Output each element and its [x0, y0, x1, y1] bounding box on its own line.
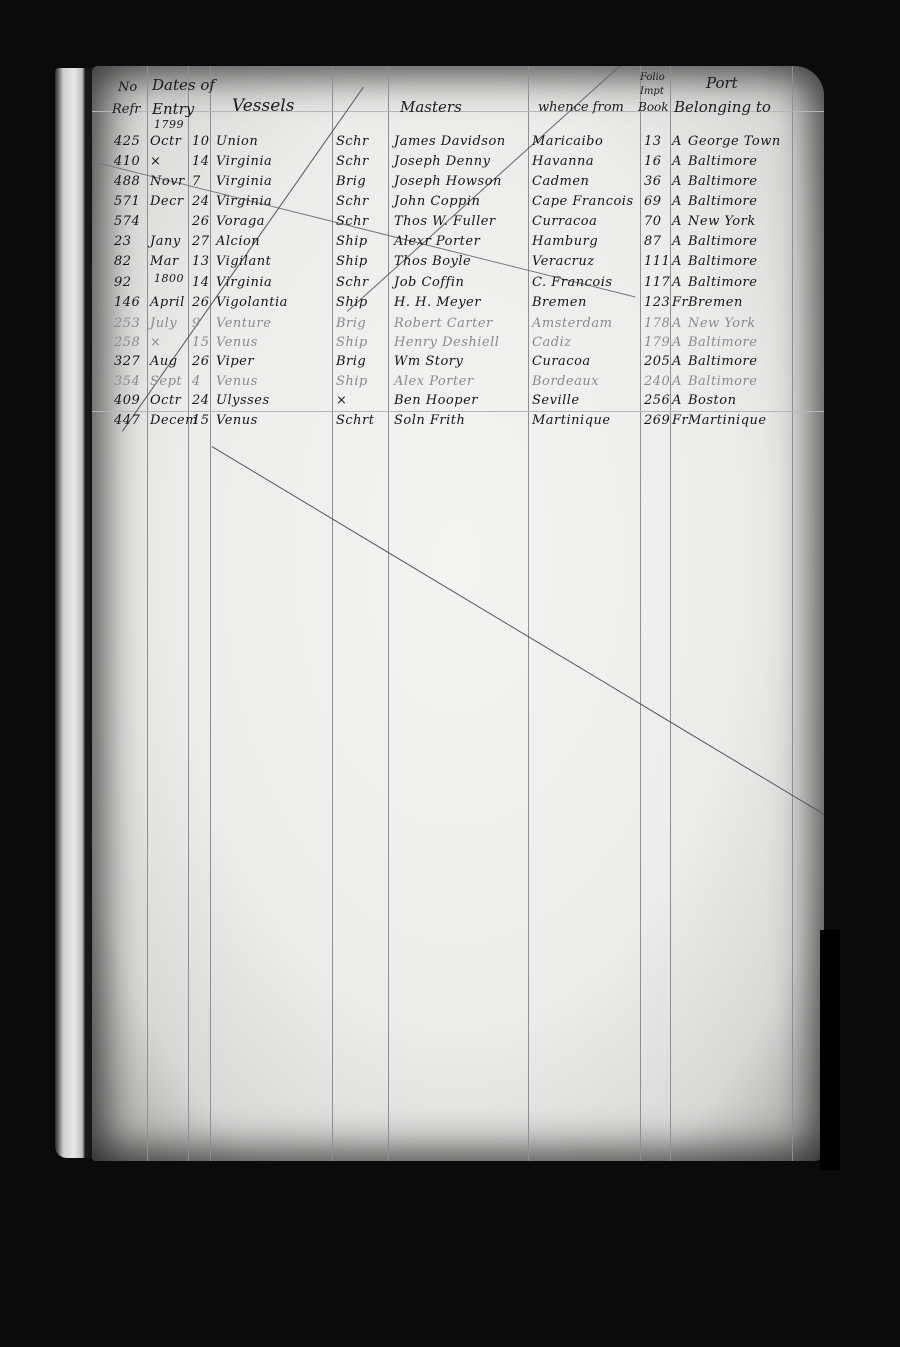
cell-rig: Schr — [336, 214, 369, 229]
cell-day: 24 — [192, 393, 210, 408]
cell-day: 14 — [192, 275, 210, 290]
cell-number: 258 — [114, 335, 140, 350]
cell-number: 409 — [114, 393, 140, 408]
year-mark-1800: 1800 — [154, 272, 184, 285]
cell-month: Decem — [150, 413, 198, 428]
cell-vessel: Virginia — [216, 154, 272, 169]
cell-vessel: Virginia — [216, 194, 272, 209]
column-rule — [332, 66, 333, 1161]
cell-number: 92 — [114, 275, 132, 290]
column-rule — [147, 66, 148, 1161]
cell-mark: A — [672, 134, 682, 149]
cell-port: Baltimore — [688, 254, 757, 269]
cell-master: Thos W. Fuller — [394, 214, 496, 229]
header-port-bottom: Belonging to — [674, 98, 771, 116]
column-rule — [670, 66, 671, 1161]
cell-mark: A — [672, 335, 682, 350]
cell-port: New York — [688, 214, 756, 229]
cell-mark: A — [672, 214, 682, 229]
cell-month: Octr — [150, 393, 181, 408]
cell-day: 24 — [192, 194, 210, 209]
row-rule — [92, 411, 824, 412]
cell-day: 26 — [192, 295, 210, 310]
cell-folio: 205 — [644, 354, 670, 369]
header-folio-top: Folio — [640, 72, 665, 83]
cell-folio: 69 — [644, 194, 662, 209]
cell-port: Baltimore — [688, 335, 757, 350]
cell-vessel: Alcion — [216, 234, 260, 249]
cell-vessel: Venture — [216, 316, 271, 331]
header-whence-from: whence from — [538, 100, 624, 115]
cell-mark: A — [672, 275, 682, 290]
cell-mark: Fr — [672, 413, 688, 428]
cell-master: Thos Boyle — [394, 254, 471, 269]
cell-rig: Brig — [336, 316, 366, 331]
cell-vessel: Virginia — [216, 275, 272, 290]
cell-mark: A — [672, 254, 682, 269]
cell-whence: Martinique — [532, 413, 611, 428]
cell-day: 26 — [192, 354, 210, 369]
header-vessels: Vessels — [232, 96, 294, 116]
cell-whence: Bordeaux — [532, 374, 599, 389]
cell-master: Joseph Howson — [394, 174, 502, 189]
cell-rig: Ship — [336, 374, 368, 389]
cell-folio: 87 — [644, 234, 662, 249]
year-mark-1799: 1799 — [154, 118, 184, 131]
cell-rig: Ship — [336, 295, 368, 310]
cell-folio: 240 — [644, 374, 670, 389]
cell-mark: Fr — [672, 295, 688, 310]
cell-number: 23 — [114, 234, 132, 249]
cell-number: 447 — [114, 413, 140, 428]
cell-whence: Cadmen — [532, 174, 589, 189]
cell-rig: Schrt — [336, 413, 375, 428]
cell-rig: × — [336, 393, 347, 408]
cell-master: Henry Deshiell — [394, 335, 499, 350]
cell-rig: Ship — [336, 254, 368, 269]
cell-rig: Schr — [336, 154, 369, 169]
cell-day: 10 — [192, 134, 210, 149]
cell-vessel: Vigolantia — [216, 295, 288, 310]
cell-folio: 179 — [644, 335, 670, 350]
cell-month: July — [150, 316, 177, 331]
cell-mark: A — [672, 374, 682, 389]
cell-master: Ben Hooper — [394, 393, 478, 408]
cell-number: 574 — [114, 214, 140, 229]
header-masters: Masters — [400, 98, 462, 116]
cell-mark: A — [672, 174, 682, 189]
cell-number: 82 — [114, 254, 132, 269]
cell-whence: Hamburg — [532, 234, 598, 249]
cell-number: 253 — [114, 316, 140, 331]
header-folio-mid: Impt — [640, 86, 664, 97]
cell-folio: 123 — [644, 295, 670, 310]
cell-port: Baltimore — [688, 354, 757, 369]
cell-folio: 13 — [644, 134, 662, 149]
cell-whence: Cape Francois — [532, 194, 634, 209]
cell-mark: A — [672, 316, 682, 331]
cell-number: 327 — [114, 354, 140, 369]
cell-day: 9 — [192, 316, 201, 331]
book-binding-edge — [55, 68, 97, 1158]
cell-month: × — [150, 335, 161, 350]
cell-master: Wm Story — [394, 354, 463, 369]
cell-month: × — [150, 154, 161, 169]
cell-vessel: Venus — [216, 413, 258, 428]
cell-vessel: Union — [216, 134, 258, 149]
scan-shadow — [820, 930, 840, 1170]
cell-port: George Town — [688, 134, 781, 149]
cell-whence: Curacoa — [532, 354, 591, 369]
cell-whence: C. Francois — [532, 275, 613, 290]
cell-folio: 111 — [644, 254, 670, 269]
header-date-top: Dates of — [152, 76, 215, 94]
cell-month: April — [150, 295, 185, 310]
cell-master: Alex Porter — [394, 374, 474, 389]
cell-folio: 70 — [644, 214, 662, 229]
column-rule — [188, 66, 189, 1161]
cell-month: Mar — [150, 254, 179, 269]
cell-vessel: Venus — [216, 374, 258, 389]
cell-port: Baltimore — [688, 234, 757, 249]
cell-day: 13 — [192, 254, 210, 269]
cell-vessel: Vigilant — [216, 254, 271, 269]
cell-rig: Ship — [336, 335, 368, 350]
cell-day: 15 — [192, 413, 210, 428]
cell-master: Alexr Porter — [394, 234, 480, 249]
cell-rig: Schr — [336, 275, 369, 290]
header-port-top: Port — [706, 74, 738, 92]
cell-day: 4 — [192, 374, 201, 389]
cell-folio: 256 — [644, 393, 670, 408]
cell-folio: 178 — [644, 316, 670, 331]
cell-port: Bremen — [688, 295, 743, 310]
cell-month: Sept — [150, 374, 182, 389]
cell-month: Aug — [150, 354, 178, 369]
cell-whence: Bremen — [532, 295, 587, 310]
cell-port: Baltimore — [688, 374, 757, 389]
cell-mark: A — [672, 393, 682, 408]
cell-vessel: Venus — [216, 335, 258, 350]
cell-vessel: Ulysses — [216, 393, 270, 408]
cell-master: Job Coffin — [394, 275, 464, 290]
cell-master: Robert Carter — [394, 316, 493, 331]
column-rule — [792, 66, 793, 1161]
cell-folio: 16 — [644, 154, 662, 169]
column-rule — [640, 66, 641, 1161]
cell-day: 14 — [192, 154, 210, 169]
cell-mark: A — [672, 354, 682, 369]
cell-rig: Schr — [336, 194, 369, 209]
cell-whence: Maricaibo — [532, 134, 603, 149]
cell-month: Octr — [150, 134, 181, 149]
cell-port: Baltimore — [688, 174, 757, 189]
header-number-bottom: Refr — [112, 102, 141, 117]
cell-number: 354 — [114, 374, 140, 389]
cell-whence: Veracruz — [532, 254, 595, 269]
cell-whence: Cadiz — [532, 335, 572, 350]
cell-master: John Coppin — [394, 194, 480, 209]
cell-month: Novr — [150, 174, 185, 189]
cell-rig: Brig — [336, 354, 366, 369]
cell-port: Baltimore — [688, 275, 757, 290]
cell-number: 410 — [114, 154, 140, 169]
header-number-top: No — [118, 80, 137, 95]
cell-mark: A — [672, 234, 682, 249]
cell-master: Soln Frith — [394, 413, 465, 428]
cell-port: New York — [688, 316, 756, 331]
column-rule — [388, 66, 389, 1161]
header-date-bottom: Entry — [152, 100, 194, 118]
cell-master: H. H. Meyer — [394, 295, 481, 310]
cell-rig: Ship — [336, 234, 368, 249]
cell-number: 571 — [114, 194, 140, 209]
cell-number: 488 — [114, 174, 140, 189]
cancel-stroke — [211, 446, 824, 838]
cell-mark: A — [672, 194, 682, 209]
column-rule — [210, 66, 211, 1161]
cell-master: Joseph Denny — [394, 154, 490, 169]
cell-port: Baltimore — [688, 154, 757, 169]
cell-day: 15 — [192, 335, 210, 350]
cell-whence: Seville — [532, 393, 580, 408]
cell-rig: Schr — [336, 134, 369, 149]
column-rule — [528, 66, 529, 1161]
cell-month: Jany — [150, 234, 181, 249]
cell-folio: 269 — [644, 413, 670, 428]
cell-vessel: Voraga — [216, 214, 265, 229]
cell-folio: 117 — [644, 275, 670, 290]
cell-day: 7 — [192, 174, 201, 189]
cell-number: 146 — [114, 295, 140, 310]
cell-rig: Brig — [336, 174, 366, 189]
header-folio-bottom: Book — [638, 100, 669, 114]
cell-day: 26 — [192, 214, 210, 229]
cell-number: 425 — [114, 134, 140, 149]
cell-master: James Davidson — [394, 134, 506, 149]
cell-whence: Amsterdam — [532, 316, 612, 331]
ledger-page: No Refr Dates of Entry Vessels Masters w… — [92, 66, 824, 1161]
cell-port: Martinique — [688, 413, 767, 428]
cell-whence: Havanna — [532, 154, 594, 169]
cell-whence: Curracoa — [532, 214, 597, 229]
cell-month: Decr — [150, 194, 184, 209]
cell-vessel: Viper — [216, 354, 254, 369]
cell-vessel: Virginia — [216, 174, 272, 189]
cell-day: 27 — [192, 234, 210, 249]
cell-port: Baltimore — [688, 194, 757, 209]
cell-port: Boston — [688, 393, 736, 408]
cell-folio: 36 — [644, 174, 662, 189]
cell-mark: A — [672, 154, 682, 169]
